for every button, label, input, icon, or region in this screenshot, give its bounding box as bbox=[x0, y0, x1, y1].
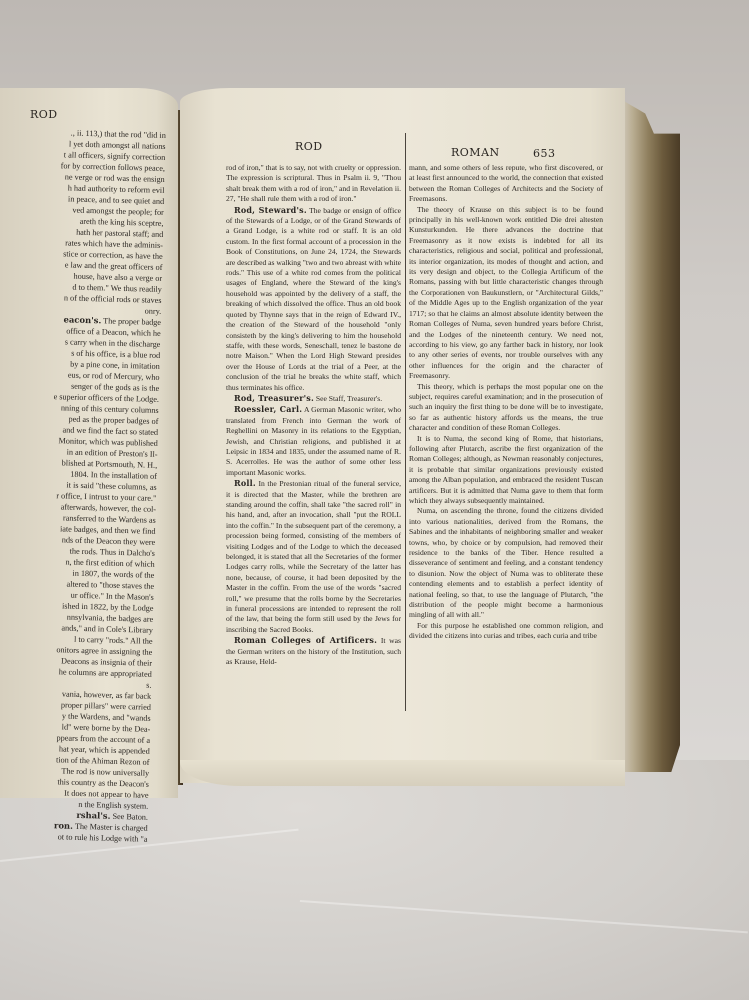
dictionary-entry: Rod, Treasurer's. See Staff, Treasurer's… bbox=[226, 393, 401, 404]
entry-text: This theory, which is perhaps the most p… bbox=[409, 382, 603, 433]
entry-text: Numa, on ascending the throne, found the… bbox=[409, 506, 603, 619]
paragraph: It is to Numa, the second king of Rome, … bbox=[409, 434, 603, 507]
column-2: mann, and some others of less repute, wh… bbox=[409, 163, 603, 642]
entry-text: A German Masonic writer, who translated … bbox=[226, 405, 401, 476]
entry-heading: ron. bbox=[54, 820, 73, 830]
paragraph: The theory of Krause on this subject is … bbox=[409, 205, 603, 382]
entry-text: It is to Numa, the second king of Rome, … bbox=[409, 434, 603, 505]
dictionary-entry: Roll. In the Prestonian ritual of the fu… bbox=[226, 478, 401, 635]
entry-text: See Staff, Treasurer's. bbox=[316, 394, 382, 403]
continued-paragraph: rod of iron," that is to say, not with c… bbox=[226, 163, 401, 205]
book-fore-edge bbox=[622, 100, 680, 772]
page-number: 653 bbox=[533, 147, 556, 160]
entry-text: mann, and some others of less repute, wh… bbox=[409, 163, 603, 203]
entry-heading: Roman Colleges of Artificers. bbox=[234, 635, 377, 645]
entry-heading: rshal's. bbox=[76, 810, 110, 821]
entry-text: In the Prestonian ritual of the funeral … bbox=[226, 479, 401, 634]
entry-heading: Roll. bbox=[234, 478, 256, 488]
dictionary-entry: Rod, Steward's. The badge or ensign of o… bbox=[226, 205, 401, 393]
continued-paragraph: mann, and some others of less repute, wh… bbox=[409, 163, 603, 205]
page-curl bbox=[180, 760, 625, 786]
entry-heading: Rod, Steward's. bbox=[234, 205, 307, 215]
entry-text: The theory of Krause on this subject is … bbox=[409, 205, 603, 381]
left-page-text: ., ii. 113,) that the rod "did inl yet d… bbox=[0, 125, 166, 844]
entry-heading: Roessler, Carl. bbox=[234, 404, 302, 414]
entry-heading: eacon's. bbox=[64, 314, 102, 325]
right-running-head-left: ROD bbox=[295, 140, 323, 153]
right-running-head-right: ROMAN bbox=[451, 146, 500, 159]
entry-text: rod of iron," that is to say, not with c… bbox=[226, 163, 401, 203]
column-1: rod of iron," that is to say, not with c… bbox=[226, 163, 401, 668]
left-running-head: ROD bbox=[30, 108, 58, 121]
dictionary-entry: Roman Colleges of Artificers. It was the… bbox=[226, 635, 401, 667]
paragraph: Numa, on ascending the throne, found the… bbox=[409, 506, 603, 620]
entry-heading: Rod, Treasurer's. bbox=[234, 393, 314, 403]
paragraph: For this purpose he established one comm… bbox=[409, 621, 603, 642]
dictionary-entry: Roessler, Carl. A German Masonic writer,… bbox=[226, 404, 401, 478]
paragraph: This theory, which is perhaps the most p… bbox=[409, 382, 603, 434]
column-rule bbox=[405, 133, 406, 711]
entry-text: For this purpose he established one comm… bbox=[409, 621, 603, 640]
entry-text: The badge or ensign of office of the Ste… bbox=[226, 206, 401, 392]
